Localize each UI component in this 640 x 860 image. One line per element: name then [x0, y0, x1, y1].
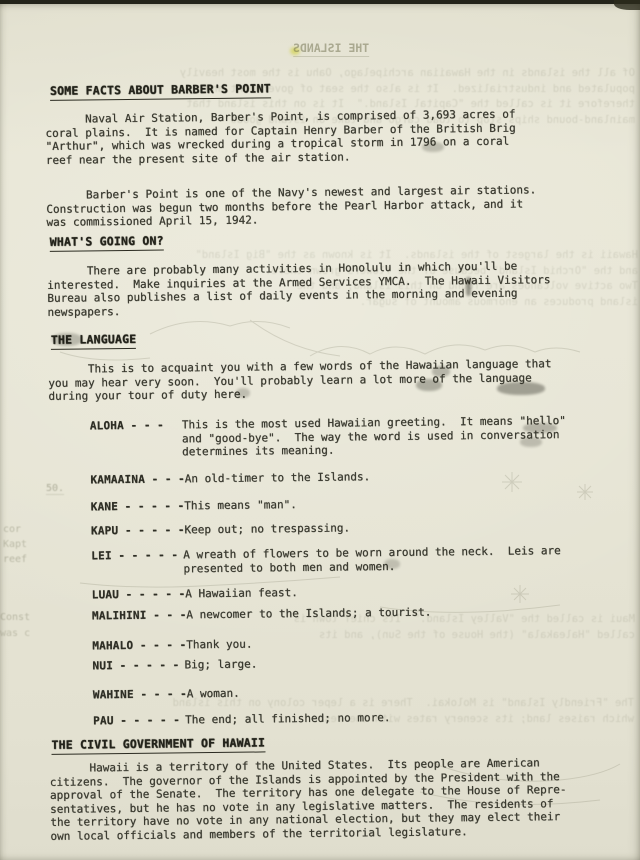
glossary-definition: A Hawaiian feast. — [185, 586, 298, 601]
ink-smudge — [432, 366, 450, 377]
glossary-definition: A woman. — [187, 687, 240, 701]
glossary-row-nui: NUI - - - - - Big; large. — [92, 658, 257, 673]
glossary-definition: The end; all finished; no more. — [185, 711, 390, 727]
glossary-dashes: - - - — [130, 419, 163, 432]
glossary-term: KAPU — [91, 524, 118, 537]
glossary-definition: Big; large. — [184, 658, 257, 672]
glossary-term: ALOHA — [90, 419, 124, 432]
glossary-term: WAHINE — [93, 688, 134, 701]
ink-smudge — [236, 388, 250, 398]
glossary-row-kamaaina: KAMAAINA - - - An old-timer to the Islan… — [90, 470, 370, 487]
glossary-term: MAHALO — [92, 639, 133, 652]
glossary-term: LUAU — [92, 588, 119, 601]
glossary-row-kane: KANE - - - - - This means "man". — [91, 498, 297, 514]
paragraph-naval-air-station: Naval Air Station, Barber's Point, is co… — [45, 108, 516, 168]
glossary-dashes: - - - - - — [125, 523, 185, 537]
glossary-row-aloha: ALOHA - - - This is the most used Hawaii… — [90, 414, 567, 460]
glossary-row-luau: LUAU - - - - - A Hawaiian feast. — [92, 586, 298, 602]
scanned-page: THE ISLANDS Of all the islands in the Ha… — [0, 0, 640, 860]
glossary-dashes: - - - - - — [120, 658, 180, 672]
glossary-row-lei: LEI - - - - - A wreath of flowers to be … — [91, 544, 561, 577]
glossary-definition: Keep out; no trespassing. — [184, 521, 350, 536]
paragraph-civil-government: Hawaii is a territory of the United Stat… — [50, 756, 567, 843]
section-heading-whats-going-on: WHAT'S GOING ON? — [50, 235, 164, 252]
glossary-dashes: - - - - - — [120, 713, 180, 727]
glossary-row-mahalo: MAHALO - - - - Thank you. — [92, 638, 252, 653]
glossary-row-kapu: KAPU - - - - - Keep out; no trespassing. — [91, 521, 350, 538]
paragraph-activities: There are probably many activities in Ho… — [47, 259, 551, 319]
glossary-dashes: - - - - — [140, 638, 187, 652]
glossary-term: PAU — [93, 714, 114, 727]
glossary-term: MALIHINI — [92, 609, 147, 623]
ink-smudge — [523, 423, 557, 433]
ink-smudge — [497, 382, 545, 395]
glossary-dashes: - - - - - — [118, 548, 178, 562]
ink-smudge — [466, 277, 471, 296]
ink-smudge — [384, 559, 400, 569]
glossary-dashes: - - - — [152, 472, 185, 485]
ink-smudge — [52, 333, 82, 346]
glossary-dashes: - - - — [153, 608, 186, 621]
glossary-row-pau: PAU - - - - - The end; all finished; no … — [93, 711, 390, 728]
glossary-dashes: - - - - — [140, 687, 187, 701]
section-heading-facts: SOME FACTS ABOUT BARBER'S POINT — [50, 82, 271, 100]
ink-smudge — [416, 379, 442, 391]
hawaiian-glossary: ALOHA - - - This is the most used Hawaii… — [90, 414, 614, 740]
ink-smudge — [520, 437, 542, 447]
glossary-definition: A wreath of flowers to be worn around th… — [183, 544, 561, 575]
glossary-term: NUI — [92, 659, 113, 672]
ink-smudge — [422, 142, 444, 152]
glossary-definition: An old-timer to the Islands. — [185, 470, 371, 486]
glossary-dashes: - - - - - — [126, 587, 186, 601]
glossary-dashes: - - - - - — [125, 499, 185, 513]
glossary-definition: Thank you. — [186, 638, 252, 652]
glossary-term: KANE — [91, 500, 118, 513]
paragraph-language-intro: This is to acquaint you with a few words… — [48, 357, 552, 403]
glossary-term: KAMAAINA — [90, 473, 145, 487]
glossary-row-wahine: WAHINE - - - - A woman. — [93, 687, 240, 702]
glossary-term: LEI — [91, 549, 112, 562]
glossary-definition: A newcomer to the Islands; a tourist. — [186, 606, 431, 622]
paragraph-newest-station: Barber's Point is one of the Navy's newe… — [46, 183, 537, 229]
section-heading-civil-government: THE CIVIL GOVERNMENT OF HAWAII — [51, 736, 265, 754]
glossary-definition: This is the most used Hawaiian greeting.… — [182, 414, 567, 459]
glossary-definition: This means "man". — [184, 498, 297, 513]
glossary-row-malihini: MALIHINI - - - A newcomer to the Islands… — [92, 606, 432, 623]
